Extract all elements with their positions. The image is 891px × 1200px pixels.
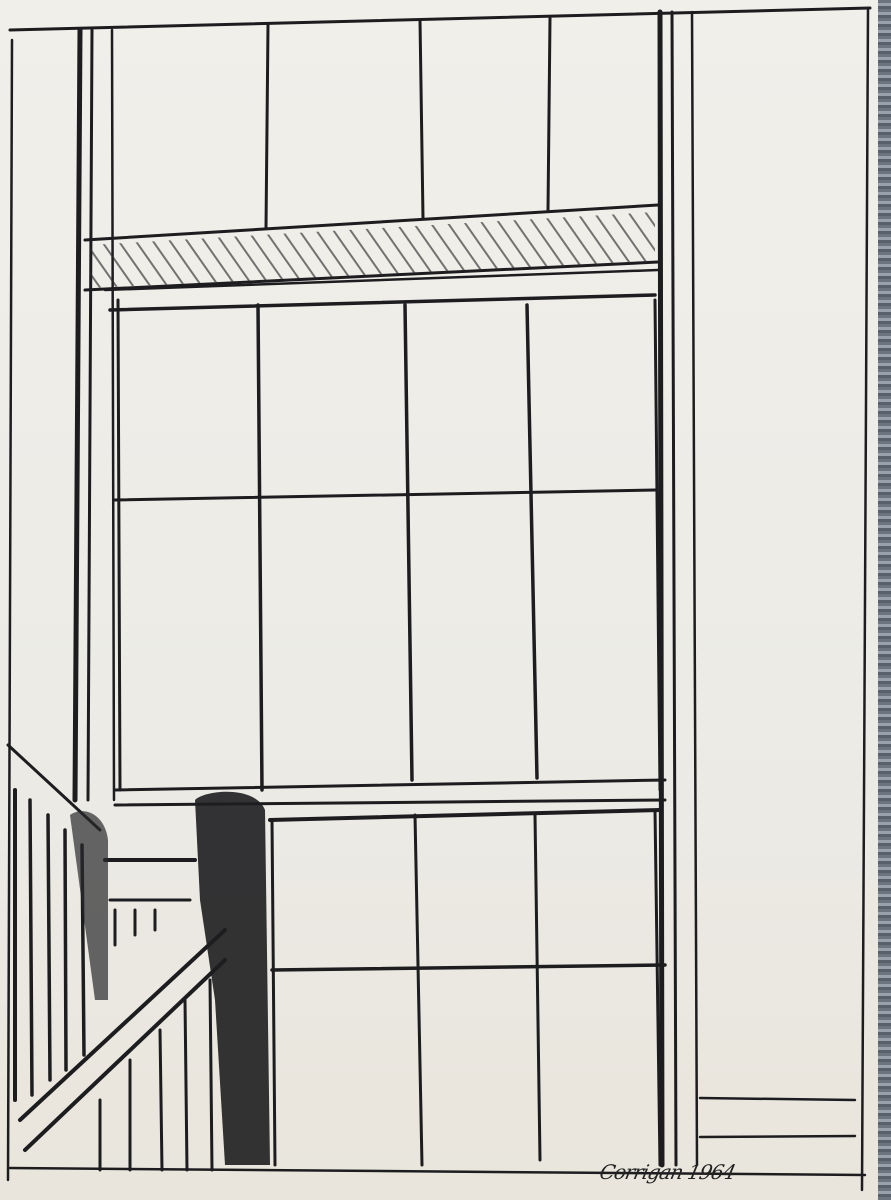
artist-signature: Corrigan 1964 bbox=[597, 1160, 737, 1184]
charcoal-drawing bbox=[0, 0, 891, 1200]
sketch-artwork: Corrigan 1964 bbox=[0, 0, 891, 1200]
